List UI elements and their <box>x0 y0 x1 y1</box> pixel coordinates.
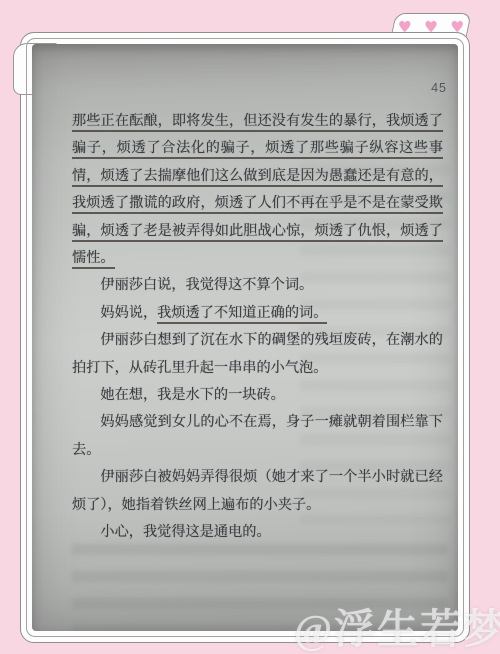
watermark: @浮生若梦 <box>294 596 500 654</box>
body-text: 伊丽莎白被妈妈弄得很烦（她才来了一个半小时就已经烦了），她指着铁丝网上遍布的小夹… <box>72 469 443 512</box>
paragraph: 妈妈感觉到女儿的心不在焉，身子一瘫就朝着围栏靠下去。 <box>72 409 443 464</box>
body-text: 妈妈感觉到女儿的心不在焉，身子一瘫就朝着围栏靠下去。 <box>72 414 443 457</box>
paragraph: 那些正在酝酿，即将发生，但还没有发生的暴行，我烦透了骗子，烦透了合法化的骗子，烦… <box>72 108 443 272</box>
book-page-photo: 45 那些正在酝酿，即将发生，但还没有发生的暴行，我烦透了骗子，烦透了合法化的骗… <box>32 44 458 631</box>
page-text: 那些正在酝酿，即将发生，但还没有发生的暴行，我烦透了骗子，烦透了合法化的骗子，烦… <box>72 108 443 547</box>
heart-icon: ♥ <box>424 20 437 35</box>
paragraph: 伊丽莎白说，我觉得这不算个词。 <box>72 272 443 299</box>
body-text: 伊丽莎白想到了沉在水下的碉堡的残垣废砖，在潮水的拍打下，从砖孔里升起一串串的小气… <box>72 332 443 375</box>
page-number: 45 <box>431 81 447 95</box>
hearts-row: ♥ ♥ ♥ <box>398 17 464 37</box>
paragraph: 她在想，我是水下的一块砖。 <box>72 382 443 409</box>
heart-icon: ♥ <box>398 20 411 35</box>
paragraph: 伊丽莎白被妈妈弄得很烦（她才来了一个半小时就已经烦了），她指着铁丝网上遍布的小夹… <box>72 464 443 519</box>
paragraph: 小心，我觉得这是通电的。 <box>72 519 443 546</box>
sticker-frame: 45 那些正在酝酿，即将发生，但还没有发生的暴行，我烦透了骗子，烦透了合法化的骗… <box>20 32 470 643</box>
paragraph: 妈妈说，我烦透了不知道正确的词。 <box>72 300 443 327</box>
body-text: 伊丽莎白说，我觉得这不算个词。 <box>100 277 313 293</box>
sticker-frame-inner: 45 那些正在酝酿，即将发生，但还没有发生的暴行，我烦透了骗子，烦透了合法化的骗… <box>26 38 464 637</box>
heart-icon: ♥ <box>451 20 464 35</box>
underlined-text: 那些正在酝酿，即将发生，但还没有发生的暴行，我烦透了骗子，烦透了合法化的骗子，烦… <box>72 113 443 269</box>
body-text: 小心，我觉得这是通电的。 <box>100 524 270 540</box>
body-text: 妈妈说， <box>100 305 157 321</box>
paragraph: 伊丽莎白想到了沉在水下的碉堡的残垣废砖，在潮水的拍打下，从砖孔里升起一串串的小气… <box>72 327 443 382</box>
underlined-text: 我烦透了不知道正确的词。 <box>157 305 327 324</box>
body-text: 她在想，我是水下的一块砖。 <box>100 387 284 403</box>
